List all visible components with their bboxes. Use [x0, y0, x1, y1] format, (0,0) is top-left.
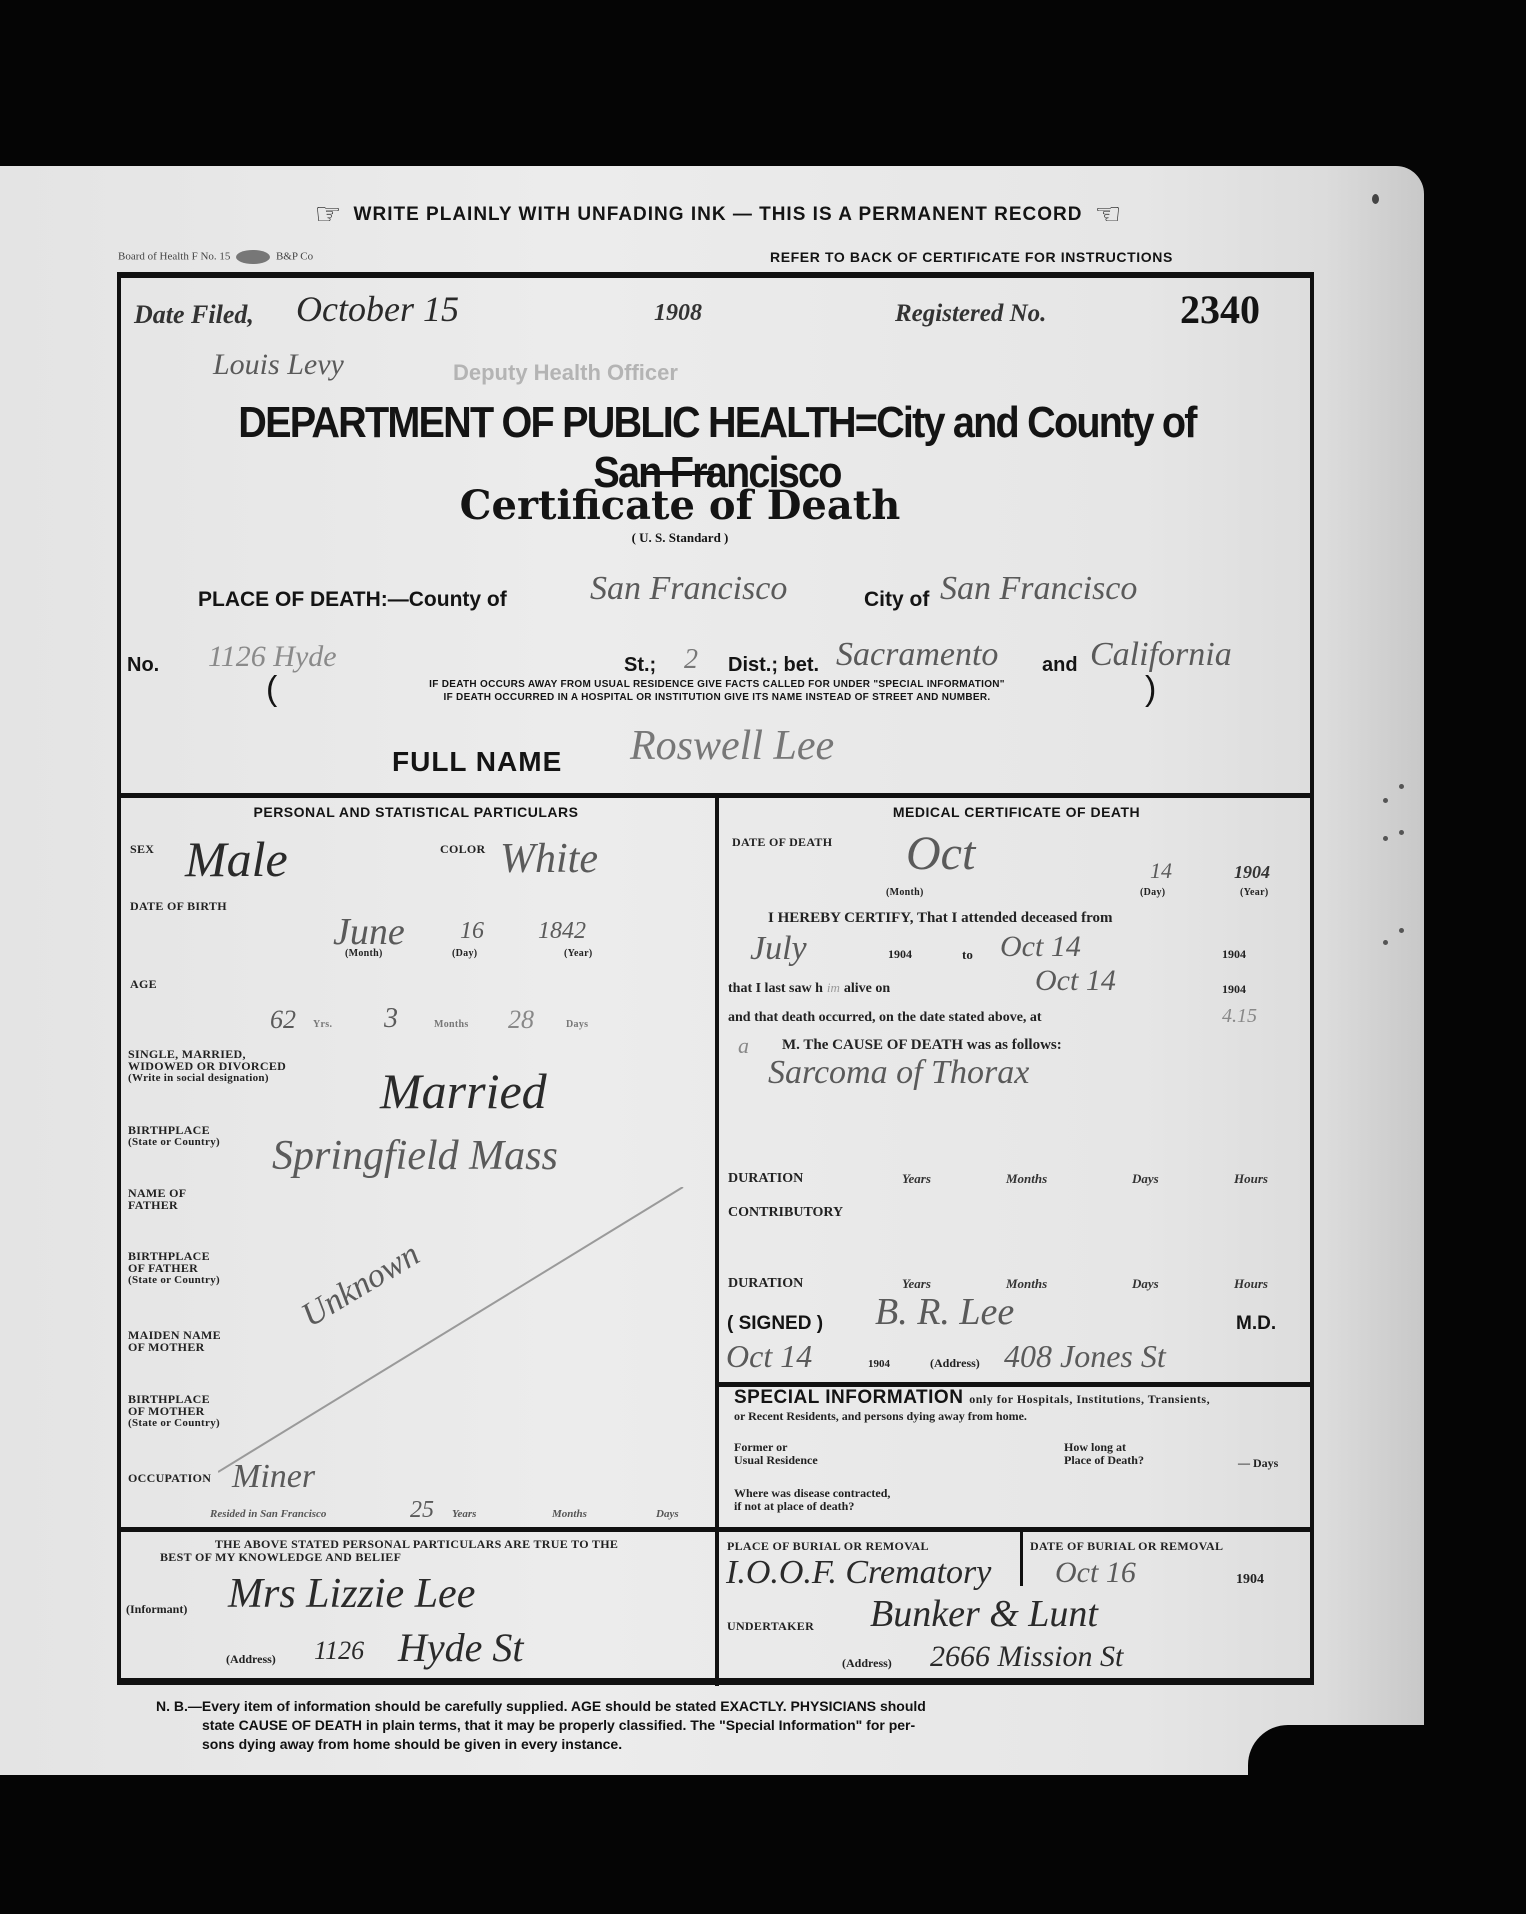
birthplace-label-line: BIRTHPLACE — [128, 1124, 220, 1136]
birth-year: 1842 — [538, 918, 586, 945]
father-label-line: FATHER — [128, 1199, 186, 1211]
undertaker-address: 2666 Mission St — [930, 1640, 1123, 1674]
dist-label: Dist.; bet. — [728, 654, 819, 677]
father-name-label: NAME OF FATHER — [128, 1187, 186, 1211]
contributory-days-label: Days — [1132, 1276, 1159, 1292]
age-label: AGE — [130, 978, 157, 990]
margin-mark — [1399, 928, 1404, 933]
attended-to: Oct 14 — [1000, 930, 1081, 964]
former-residence-label: Former or Usual Residence — [734, 1441, 818, 1467]
how-long-days-label: Days — [1253, 1456, 1278, 1470]
last-saw-text: that I last saw himalive on — [728, 980, 890, 997]
date-of-death-label: DATE OF DEATH — [732, 836, 832, 848]
title-divider — [642, 471, 714, 475]
birthplace-value: Springfield Mass — [272, 1132, 558, 1180]
printer-mark: B&P Co — [276, 251, 313, 263]
full-name-label: FULL NAME — [392, 746, 562, 778]
burial-date-value: Oct 16 — [1055, 1556, 1136, 1590]
undertaker-value: Bunker & Lunt — [870, 1592, 1098, 1636]
sex-label: SEX — [130, 843, 154, 855]
duration-years-label: Years — [902, 1171, 931, 1187]
month-label: (Month) — [345, 948, 383, 960]
undertaker-address-label: (Address) — [842, 1656, 892, 1671]
and-label: and — [1042, 654, 1078, 677]
cause-of-death-value: Sarcoma of Thorax — [768, 1054, 1029, 1092]
scan-shadow — [1248, 1725, 1428, 1795]
resided-years-label: Years — [452, 1508, 476, 1520]
between-street-1: Sacramento — [836, 636, 998, 674]
contributory-label: CONTRIBUTORY — [728, 1205, 843, 1221]
attended-to-year: 1904 — [1222, 947, 1246, 962]
margin-mark — [1372, 194, 1379, 204]
county-value: San Francisco — [590, 570, 787, 608]
burial-place-value: I.O.O.F. Crematory — [726, 1554, 991, 1592]
last-saw-prefix: that I last saw h — [728, 981, 823, 996]
birthplace-label-line: (State or Country) — [128, 1136, 220, 1148]
duration-months-label: Months — [1006, 1171, 1047, 1187]
physician-address-label: (Address) — [930, 1356, 980, 1371]
officer-signature: Louis Levy — [213, 348, 344, 382]
st-label: St.; — [624, 654, 656, 677]
age-days: 28 — [508, 1005, 534, 1035]
special-info-title: SPECIAL INFORMATION — [734, 1387, 963, 1408]
instructions-note: REFER TO BACK OF CERTIFICATE FOR INSTRUC… — [770, 249, 1173, 265]
us-standard-label: ( U. S. Standard ) — [420, 530, 940, 546]
marital-label-line: WIDOWED OR DIVORCED — [128, 1060, 286, 1072]
street-no-value: 1126 Hyde — [208, 640, 337, 674]
signed-year: 1904 — [868, 1358, 890, 1370]
physician-signature: B. R. Lee — [875, 1290, 1014, 1334]
to-label: to — [962, 947, 973, 963]
margin-mark — [1399, 784, 1404, 789]
burial-divider — [719, 1527, 1314, 1532]
burial-place-label: PLACE OF BURIAL OR REMOVAL — [727, 1540, 929, 1552]
nb-line: N. B.—Every item of information should b… — [156, 1697, 1216, 1716]
registered-label: Registered No. — [895, 300, 1046, 328]
city-label: City of — [864, 588, 929, 612]
nb-line: sons dying away from home should be give… — [156, 1735, 1216, 1754]
date-filed-label: Date Filed, — [134, 300, 254, 330]
certificate-title: Certificate of Death — [420, 482, 940, 529]
undertaker-label: UNDERTAKER — [727, 1620, 814, 1632]
form-number: Board of Health F No. 15 — [118, 251, 230, 263]
note-close-paren: ) — [1145, 672, 1156, 706]
day-label: (Day) — [452, 948, 477, 960]
occupation-label: OCCUPATION — [128, 1472, 211, 1484]
informant-address-street: Hyde St — [398, 1624, 524, 1671]
marital-status-value: Married — [380, 1062, 547, 1120]
date-filed-value: October 15 — [296, 288, 459, 330]
pointing-hand-right-icon: ☞ — [315, 202, 342, 228]
filed-year: 1908 — [654, 300, 702, 327]
margin-mark — [1383, 940, 1388, 945]
attended-from: July — [750, 930, 807, 968]
personal-section-header: PERSONAL AND STATISTICAL PARTICULARS — [117, 804, 715, 820]
note-open-paren: ( — [266, 672, 277, 706]
note-hospital: IF DEATH OCCURRED IN A HOSPITAL OR INSTI… — [262, 691, 1172, 704]
resided-months-label: Months — [552, 1508, 587, 1520]
signed-label: ( SIGNED ) — [727, 1313, 823, 1335]
year-label: (Year) — [564, 948, 592, 960]
informant-address-label: (Address) — [226, 1652, 276, 1667]
board-of-health-form-no: Board of Health F No. 15 B&P Co — [118, 250, 313, 264]
special-info-header: SPECIAL INFORMATION only for Hospitals, … — [734, 1387, 1210, 1409]
death-occurred-text: and that death occurred, on the date sta… — [728, 1010, 1042, 1026]
registered-number: 2340 — [1180, 286, 1260, 333]
banner: ☞ WRITE PLAINLY WITH UNFADING INK — THIS… — [173, 200, 1263, 230]
age-months: 3 — [384, 1003, 398, 1035]
last-saw-pronoun: im — [823, 980, 844, 995]
nb-footer: N. B.—Every item of information should b… — [156, 1697, 1216, 1754]
md-label: M.D. — [1236, 1313, 1276, 1335]
marital-label-line: (Write in social designation) — [128, 1072, 286, 1084]
how-long-line: Place of Death? — [1064, 1454, 1144, 1467]
street-no-label: No. — [127, 654, 159, 677]
mother-birthplace-label-line: OF MOTHER — [128, 1405, 220, 1417]
contributory-hours-label: Hours — [1234, 1276, 1268, 1292]
birth-day: 16 — [460, 918, 484, 945]
death-year: 1904 — [1234, 862, 1270, 883]
former-residence-line: Usual Residence — [734, 1454, 818, 1467]
mother-birthplace-label: BIRTHPLACE OF MOTHER (State or Country) — [128, 1393, 220, 1429]
father-birthplace-label-line: (State or Country) — [128, 1274, 220, 1286]
last-saw-year: 1904 — [1222, 982, 1246, 997]
death-meridian: a — [738, 1033, 749, 1059]
pointing-hand-left-icon: ☜ — [1094, 202, 1121, 228]
informant-value: Mrs Lizzie Lee — [228, 1570, 475, 1618]
between-street-2: California — [1090, 636, 1232, 674]
how-long-label: How long at Place of Death? — [1064, 1441, 1144, 1467]
age-years: 62 — [270, 1005, 296, 1035]
last-saw-date: Oct 14 — [1035, 964, 1116, 998]
margin-mark — [1383, 836, 1388, 841]
cause-of-death-text: M. The CAUSE OF DEATH was as follows: — [782, 1037, 1062, 1054]
city-value: San Francisco — [940, 570, 1137, 608]
burial-column-divider — [1020, 1530, 1023, 1586]
banner-text: WRITE PLAINLY WITH UNFADING INK — THIS I… — [354, 204, 1083, 226]
date-of-birth-label: DATE OF BIRTH — [130, 900, 227, 912]
death-month: Oct — [906, 826, 975, 881]
father-birthplace-label: BIRTHPLACE OF FATHER (State or Country) — [128, 1250, 220, 1286]
death-day-label: (Day) — [1140, 887, 1165, 899]
age-days-label: Days — [566, 1019, 588, 1031]
informant-divider — [117, 1527, 715, 1532]
disease-contracted-line: if not at place of death? — [734, 1500, 890, 1513]
age-years-label: Yrs. — [313, 1019, 332, 1031]
color-value: White — [500, 835, 598, 883]
full-name-value: Roswell Lee — [630, 722, 834, 770]
note-usual-residence: IF DEATH OCCURS AWAY FROM USUAL RESIDENC… — [262, 678, 1172, 691]
age-months-label: Months — [434, 1019, 469, 1031]
duration-days-label: Days — [1132, 1171, 1159, 1187]
how-long-days: — Days — [1238, 1456, 1278, 1471]
mother-birthplace-label-line: (State or Country) — [128, 1417, 220, 1429]
attestation-text: THE ABOVE STATED PERSONAL PARTICULARS AR… — [124, 1538, 709, 1564]
death-month-label: (Month) — [886, 887, 924, 899]
occupation-value: Miner — [232, 1458, 315, 1496]
st-value: 2 — [684, 644, 698, 676]
informant-address-number: 1126 — [314, 1636, 364, 1666]
duration-hours-label: Hours — [1234, 1171, 1268, 1187]
certify-text: I HEREBY CERTIFY, That I attended deceas… — [768, 910, 1113, 927]
father-birthplace-label-line: OF FATHER — [128, 1262, 220, 1274]
duration-label: DURATION — [728, 1171, 803, 1187]
death-year-label: (Year) — [1240, 887, 1268, 899]
color-label: COLOR — [440, 843, 486, 855]
how-long-days-value: — — [1238, 1456, 1250, 1470]
marital-status-label: SINGLE, MARRIED, WIDOWED OR DIVORCED (Wr… — [128, 1048, 286, 1084]
death-time: 4.15 — [1222, 1005, 1257, 1028]
officer-title: Deputy Health Officer — [453, 360, 678, 386]
disease-contracted-label: Where was disease contracted, if not at … — [734, 1487, 890, 1513]
mother-maiden-name-label: MAIDEN NAME OF MOTHER — [128, 1329, 221, 1353]
signed-date: Oct 14 — [726, 1338, 812, 1375]
resided-label: Resided in San Francisco — [210, 1508, 326, 1520]
margin-mark — [1399, 830, 1404, 835]
death-day: 14 — [1150, 858, 1172, 884]
birthplace-label: BIRTHPLACE (State or Country) — [128, 1124, 220, 1148]
medical-section-header: MEDICAL CERTIFICATE OF DEATH — [719, 804, 1314, 820]
nb-line: state CAUSE OF DEATH in plain terms, tha… — [156, 1716, 1216, 1735]
special-info-note-2: or Recent Residents, and persons dying a… — [734, 1409, 1027, 1424]
attestation-line: BEST OF MY KNOWLEDGE AND BELIEF — [124, 1551, 709, 1564]
contributory-duration-label: DURATION — [728, 1276, 803, 1292]
attended-from-year: 1904 — [888, 947, 912, 962]
alive-on-label: alive on — [844, 981, 890, 996]
special-info-note: only for Hospitals, Institutions, Transi… — [969, 1392, 1210, 1406]
margin-mark — [1383, 798, 1388, 803]
burial-date-label: DATE of BURIAL or REMOVAL — [1030, 1540, 1223, 1552]
sex-value: Male — [185, 830, 288, 888]
printer-seal-icon — [236, 250, 270, 264]
resided-days-label: Days — [656, 1508, 679, 1520]
burial-year: 1904 — [1236, 1572, 1264, 1588]
place-of-death-note: IF DEATH OCCURS AWAY FROM USUAL RESIDENC… — [262, 678, 1172, 704]
resided-years: 25 — [410, 1497, 434, 1524]
physician-address: 408 Jones St — [1004, 1338, 1166, 1375]
place-of-death-label: PLACE OF DEATH:—County of — [198, 588, 507, 612]
informant-label: (Informant) — [126, 1602, 187, 1617]
mother-label-line: OF MOTHER — [128, 1341, 221, 1353]
